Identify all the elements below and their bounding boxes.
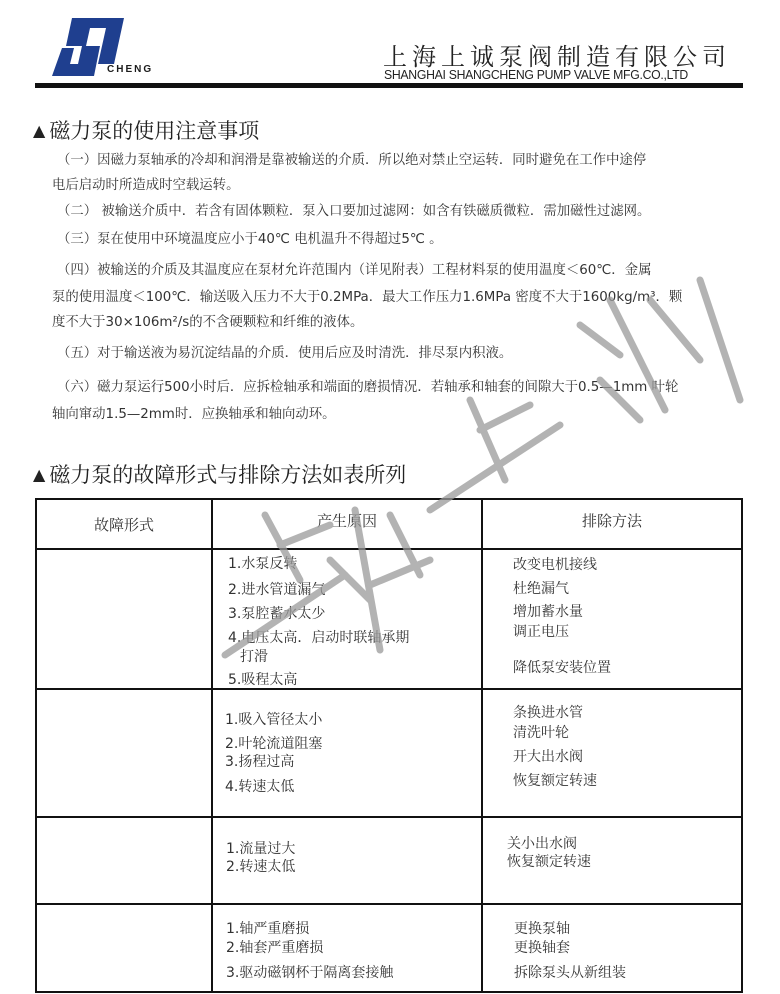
cause-cell: 1.吸入管径太小 2.叶轮流道阻塞 3.扬程过高 4.转速太低 xyxy=(213,690,483,816)
remedy-item: 关小出水阀 xyxy=(507,833,577,853)
remedy-cell: 更换泵轴 更换轴套 拆除泵头从新组装 xyxy=(483,905,741,991)
remedy-item: 拆除泵头从新组装 xyxy=(514,962,626,982)
cause-item: 2.叶轮流道阻塞 xyxy=(225,733,322,753)
cause-item: 1.流量过大 xyxy=(226,838,295,858)
remedy-item: 增加蓄水量 xyxy=(513,601,583,621)
paragraph-1-line-2: 电后启动时所造成时空载运转。 xyxy=(52,176,239,196)
cause-item: 2.轴套严重磨损 xyxy=(226,937,323,957)
remedy-item: 杜绝漏气 xyxy=(513,578,569,598)
remedy-item: 开大出水阀 xyxy=(513,746,583,766)
section-title-text: 磁力泵的故障形式与排除方法如表所列 xyxy=(49,463,406,487)
remedy-cell: 关小出水阀 恢复额定转速 xyxy=(483,818,741,903)
paragraph-4-line-2: 泵的使用温度＜100℃．输送吸入压力不大于0.2MPa．最大工作压力1.6MPa… xyxy=(52,288,682,308)
paragraph-6-line-1: （六）磁力泵运行500小时后．应拆检轴承和端面的磨损情况．若轴承和轴套的间隙大于… xyxy=(57,378,678,398)
table-row: 1.轴严重磨损 2.轴套严重磨损 3.驱动磁钢杯于隔离套接触 更换泵轴 更换轴套… xyxy=(37,905,741,993)
remedy-item: 条换进水管 xyxy=(513,702,583,722)
triangle-up-icon: ▲ xyxy=(33,121,45,140)
cause-item: 1.水泵反转 xyxy=(228,553,297,573)
remedy-item: 恢复额定转速 xyxy=(507,851,591,871)
cause-item: 4.电压太高．启动时联轴承期 xyxy=(228,627,409,647)
fault-cell xyxy=(37,818,213,903)
paragraph-4-line-3: 度不大于30×106m²/s的不含硬颗粒和纤维的液体。 xyxy=(52,313,363,333)
remedy-item: 更换泵轴 xyxy=(514,918,570,938)
page-header: CHENG 上海上诚泵阀制造有限公司 SHANGHAI SHANGCHENG P… xyxy=(0,0,780,90)
header-fault-type: 故障形式 xyxy=(37,500,213,548)
fault-cell xyxy=(37,550,213,688)
table-row: 1.水泵反转 2.进水管道漏气 3.泵腔蓄水太少 4.电压太高．启动时联轴承期 … xyxy=(37,550,741,690)
cause-item: 2.进水管道漏气 xyxy=(228,579,325,599)
remedy-cell: 条换进水管 清洗叶轮 开大出水阀 恢复额定转速 xyxy=(483,690,741,816)
remedy-cell: 改变电机接线 杜绝漏气 增加蓄水量 调正电压 降低泵安装位置 xyxy=(483,550,741,688)
cause-item: 5.吸程太高 xyxy=(228,669,297,689)
header-divider xyxy=(35,83,743,88)
remedy-item: 调正电压 xyxy=(513,621,569,641)
paragraph-4-line-1: （四）被输送的介质及其温度应在泵材允许范围内（详见附表）工程材料泵的使用温度＜6… xyxy=(57,261,651,281)
logo-text: CHENG xyxy=(107,64,153,75)
table-row: 1.吸入管径太小 2.叶轮流道阻塞 3.扬程过高 4.转速太低 条换进水管 清洗… xyxy=(37,690,741,818)
cause-cell: 1.水泵反转 2.进水管道漏气 3.泵腔蓄水太少 4.电压太高．启动时联轴承期 … xyxy=(213,550,483,688)
cause-item: 4.转速太低 xyxy=(225,776,294,796)
cause-item: 3.泵腔蓄水太少 xyxy=(228,603,325,623)
cause-item: 1.吸入管径太小 xyxy=(225,709,322,729)
cause-item: 1.轴严重磨损 xyxy=(226,918,309,938)
cause-cell: 1.轴严重磨损 2.轴套严重磨损 3.驱动磁钢杯于隔离套接触 xyxy=(213,905,483,991)
cause-item: 3.扬程过高 xyxy=(225,751,294,771)
paragraph-2: （二） 被输送介质中．若含有固体颗粒．泵入口要加过滤网：如含有铁磁质微粒．需加磁… xyxy=(57,202,650,222)
fault-table: 故障形式 产生原因 排除方法 1.水泵反转 2.进水管道漏气 3.泵腔蓄水太少 … xyxy=(35,498,743,993)
remedy-item: 改变电机接线 xyxy=(513,554,597,574)
remedy-item: 清洗叶轮 xyxy=(513,722,569,742)
triangle-up-icon: ▲ xyxy=(33,465,45,484)
cause-cell: 1.流量过大 2.转速太低 xyxy=(213,818,483,903)
section-title-usage-notes: ▲磁力泵的使用注意事项 xyxy=(33,115,259,145)
section-title-text: 磁力泵的使用注意事项 xyxy=(49,119,259,143)
remedy-item: 更换轴套 xyxy=(514,937,570,957)
table-row: 1.流量过大 2.转速太低 关小出水阀 恢复额定转速 xyxy=(37,818,741,905)
cause-item-continued: 打滑 xyxy=(240,646,268,666)
header-remedy: 排除方法 xyxy=(483,500,741,548)
paragraph-5: （五）对于输送液为易沉淀结晶的介质．使用后应及时清洗．排尽泵内积液。 xyxy=(57,344,512,364)
paragraph-1-line-1: （一）因磁力泵轴承的冷却和润滑是靠被输送的介质．所以绝对禁止空运转．同时避免在工… xyxy=(57,151,646,171)
fault-cell xyxy=(37,905,213,991)
cause-item: 2.转速太低 xyxy=(226,856,295,876)
fault-cell xyxy=(37,690,213,816)
table-header-row: 故障形式 产生原因 排除方法 xyxy=(37,500,741,550)
section-title-fault-table: ▲磁力泵的故障形式与排除方法如表所列 xyxy=(33,459,406,489)
company-name-cn: 上海上诚泵阀制造有限公司 xyxy=(383,37,731,72)
remedy-item: 降低泵安装位置 xyxy=(513,657,611,677)
header-cause: 产生原因 xyxy=(213,500,483,548)
cause-item: 3.驱动磁钢杯于隔离套接触 xyxy=(226,962,393,982)
remedy-item: 恢复额定转速 xyxy=(513,770,597,790)
company-name-en: SHANGHAI SHANGCHENG PUMP VALVE MFG.CO.,L… xyxy=(384,68,688,82)
paragraph-6-line-2: 轴向窜动1.5—2mm时．应换轴承和轴向动环。 xyxy=(52,405,336,425)
paragraph-3: （三）泵在使用中环境温度应小于40℃ 电机温升不得超过5℃ 。 xyxy=(57,230,443,250)
